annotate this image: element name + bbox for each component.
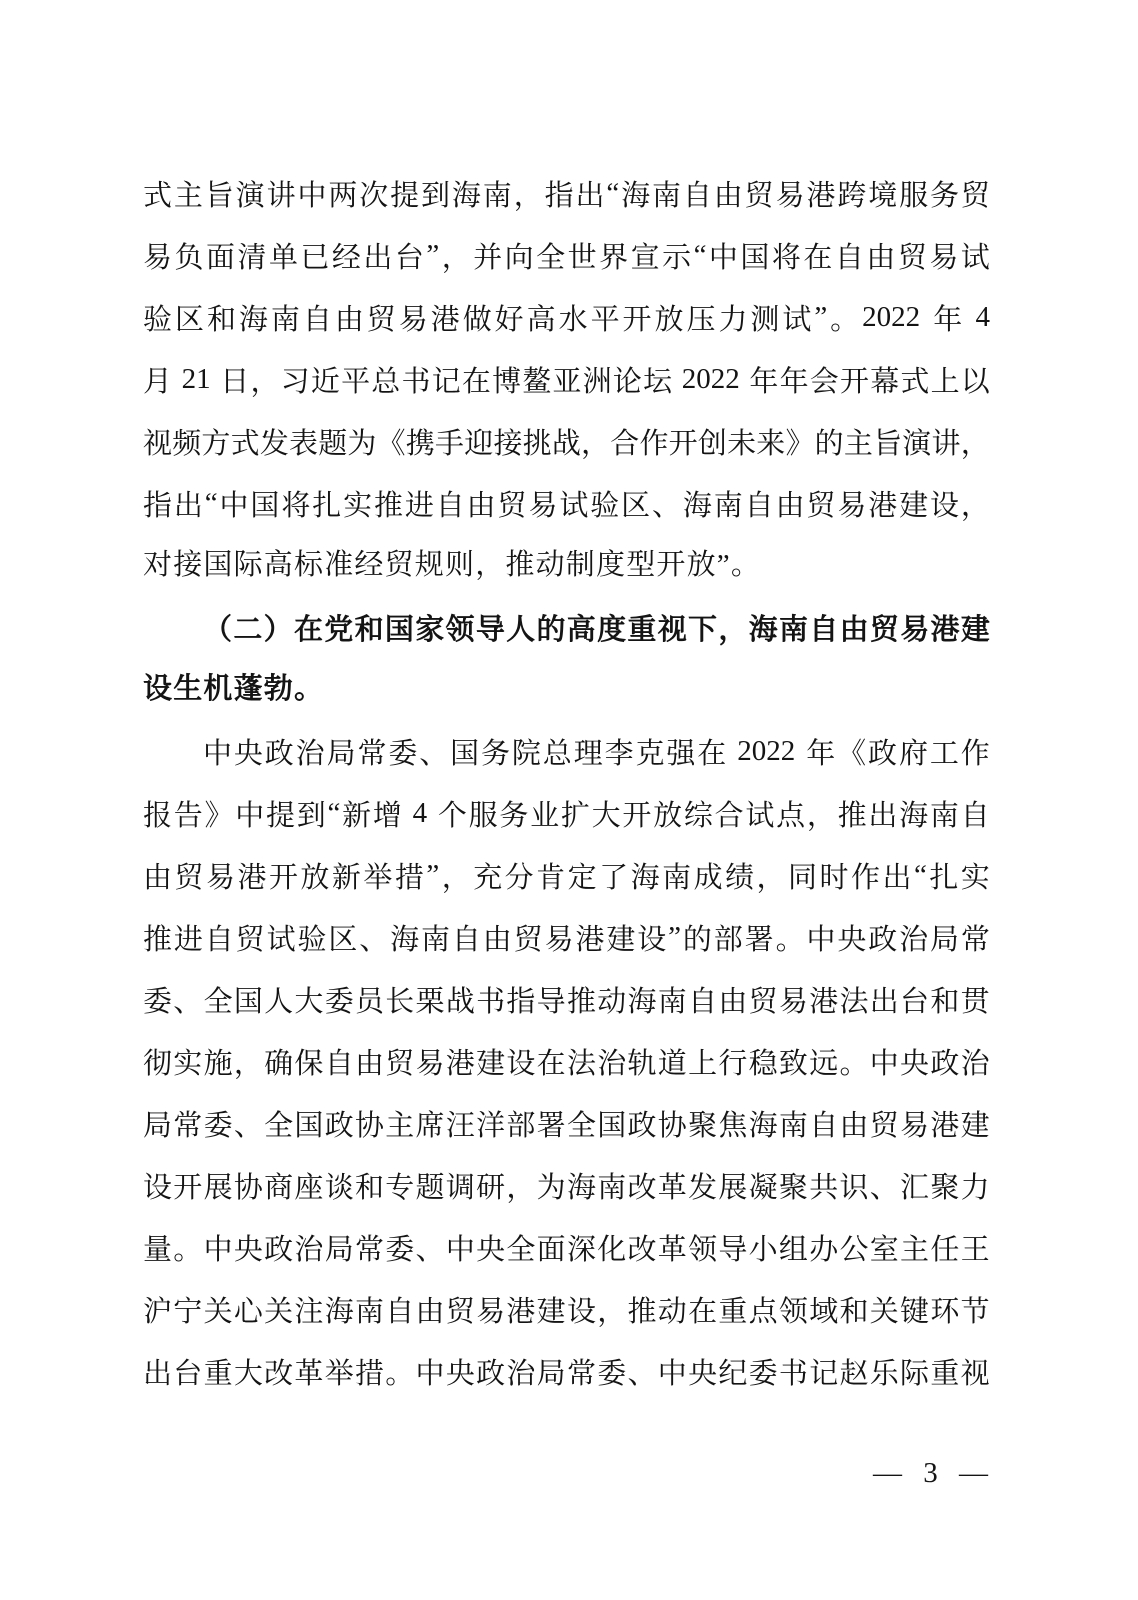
body-text-line: 设开展协商座谈和专题调研，为海南改革发展凝聚共识、汇聚力 — [143, 1154, 990, 1216]
body-text-line: 对接国际高标准经贸规则，推动制度型开放”。 — [143, 534, 990, 596]
page-number: — 3 — — [873, 1457, 988, 1489]
page-footer: — 3 — — [873, 1442, 988, 1504]
body-text-line: 委、全国人大委员长栗战书指导推动海南自由贸易港法出台和贯 — [143, 968, 990, 1030]
section-heading-line: （二）在党和国家领导人的高度重视下，海南自由贸易港建 — [143, 596, 990, 658]
body-text-line: 指出“中国将扎实推进自由贸易试验区、海南自由贸易港建设， — [143, 472, 990, 534]
document-lines: 式主旨演讲中两次提到海南，指出“海南自由贸易港跨境服务贸易负面清单已经出台”，并… — [143, 162, 990, 1402]
body-text-line: 彻实施，确保自由贸易港建设在法治轨道上行稳致远。中央政治 — [143, 1030, 990, 1092]
body-text-line: 视频方式发表题为《携手迎接挑战，合作开创未来》的主旨演讲， — [143, 410, 990, 472]
body-text-line: 式主旨演讲中两次提到海南，指出“海南自由贸易港跨境服务贸 — [143, 162, 990, 224]
document-page: 式主旨演讲中两次提到海南，指出“海南自由贸易港跨境服务贸易负面清单已经出台”，并… — [0, 0, 1138, 1600]
body-text-line: 中央政治局常委、国务院总理李克强在 2022 年《政府工作 — [143, 720, 990, 782]
body-text-line: 月 21 日，习近平总书记在博鳌亚洲论坛 2022 年年会开幕式上以 — [143, 348, 990, 410]
body-text-line: 局常委、全国政协主席汪洋部署全国政协聚焦海南自由贸易港建 — [143, 1092, 990, 1154]
body-text-line: 由贸易港开放新举措”，充分肯定了海南成绩，同时作出“扎实 — [143, 844, 990, 906]
body-text-line: 出台重大改革举措。中央政治局常委、中央纪委书记赵乐际重视 — [143, 1340, 990, 1402]
body-text-line: 沪宁关心关注海南自由贸易港建设，推动在重点领域和关键环节 — [143, 1278, 990, 1340]
body-text-line: 易负面清单已经出台”，并向全世界宣示“中国将在自由贸易试 — [143, 224, 990, 286]
body-text-line: 推进自贸试验区、海南自由贸易港建设”的部署。中央政治局常 — [143, 906, 990, 968]
section-heading-line: 设生机蓬勃。 — [143, 658, 990, 720]
body-text-line: 报告》中提到“新增 4 个服务业扩大开放综合试点，推出海南自 — [143, 782, 990, 844]
body-text-line: 量。中央政治局常委、中央全面深化改革领导小组办公室主任王 — [143, 1216, 990, 1278]
body-text-line: 验区和海南自由贸易港做好高水平开放压力测试”。2022 年 4 — [143, 286, 990, 348]
